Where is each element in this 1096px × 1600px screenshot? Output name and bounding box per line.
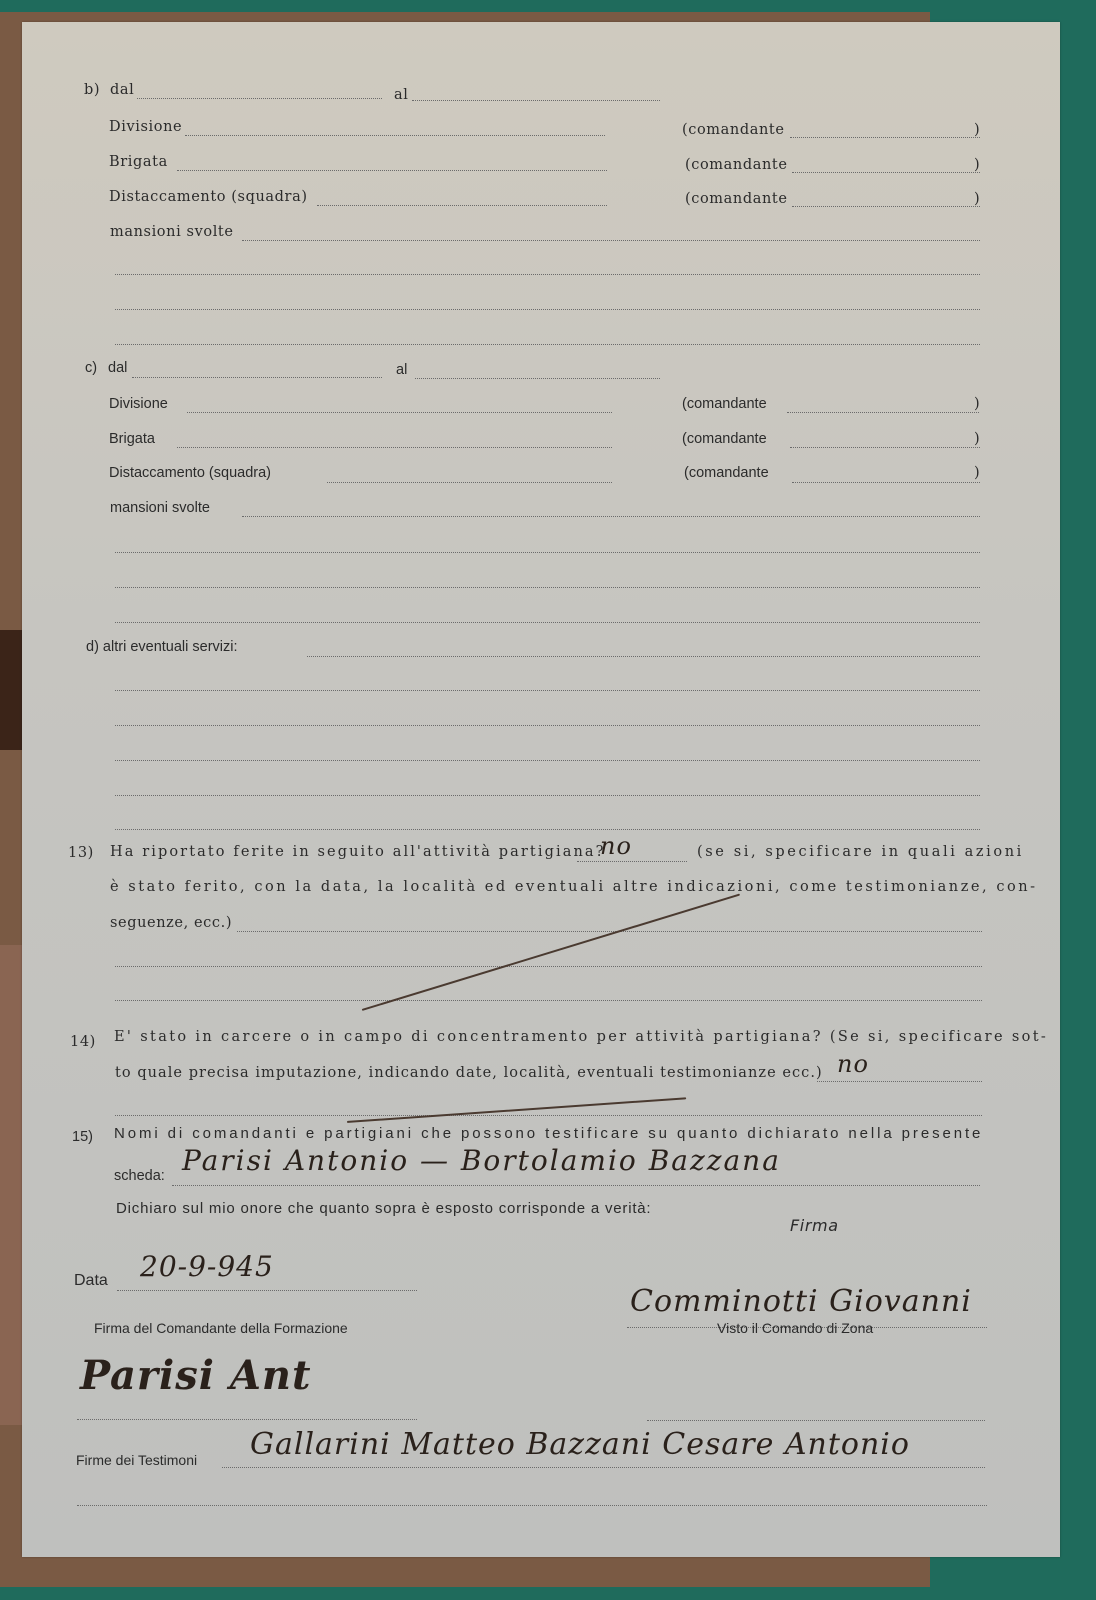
date-field[interactable] — [117, 1290, 417, 1291]
section-b-mansioni-line[interactable] — [115, 344, 980, 345]
q13-answer[interactable]: no — [600, 832, 632, 860]
section-d-label: d) altri eventuali servizi: — [86, 639, 238, 655]
q15-scheda-label: scheda: — [114, 1168, 165, 1184]
q14-answer[interactable]: no — [837, 1050, 869, 1078]
section-b-distaccamento-comandante-field[interactable] — [792, 206, 980, 207]
q14-strike-through-stroke — [347, 1097, 686, 1123]
section-d-line[interactable] — [115, 829, 980, 830]
section-c-mansioni-line[interactable] — [115, 552, 980, 553]
firma-signature[interactable]: Comminotti Giovanni — [630, 1284, 972, 1319]
section-c-dal-label: dal — [108, 360, 127, 376]
section-c-letter: c) — [85, 360, 97, 376]
section-c-mansioni-line[interactable] — [115, 622, 980, 623]
section-c-mansioni-field[interactable] — [242, 516, 980, 517]
q13-question: Ha riportato ferite in seguito all'attiv… — [110, 844, 606, 860]
date-value[interactable]: 20-9-945 — [140, 1250, 274, 1283]
section-d-line[interactable] — [115, 725, 980, 726]
section-b-mansioni-line[interactable] — [115, 309, 980, 310]
q13-instructions-line2: è stato ferito, con la data, la località… — [110, 879, 1038, 895]
section-b-brigata-label: Brigata — [109, 154, 168, 170]
section-b-mansioni-line[interactable] — [115, 274, 980, 275]
section-b-mansioni-label: mansioni svolte — [110, 224, 234, 240]
close-paren: ) — [974, 191, 980, 207]
section-c-comandante-label: (comandante — [682, 396, 767, 412]
q13-answer-field[interactable] — [577, 861, 687, 862]
section-b-divisione-comandante-field[interactable] — [790, 137, 980, 138]
declaration-text: Dichiaro sul mio onore che quanto sopra … — [116, 1200, 651, 1217]
q14-question-line2: to quale precisa imputazione, indicando … — [115, 1065, 823, 1081]
comando-zona-field[interactable] — [647, 1420, 985, 1421]
section-b-letter: b) — [84, 82, 100, 98]
q13-details-line[interactable] — [115, 966, 982, 967]
section-d-line[interactable] — [115, 690, 980, 691]
q14-details-line[interactable] — [115, 1115, 982, 1116]
section-c-mansioni-label: mansioni svolte — [110, 500, 210, 516]
close-paren: ) — [974, 157, 980, 173]
q14-number: 14) — [70, 1034, 96, 1050]
section-b-mansioni-field[interactable] — [242, 240, 980, 241]
q15-names-field[interactable] — [172, 1185, 980, 1186]
q13-strike-through-stroke — [362, 894, 740, 1011]
backdrop-book-spine — [0, 630, 24, 750]
q14-question: E' stato in carcere o in campo di concen… — [114, 1029, 1048, 1045]
comandante-formazione-signature[interactable]: Parisi Ant — [80, 1352, 311, 1399]
section-c-mansioni-line[interactable] — [115, 587, 980, 588]
section-b-distaccamento-label: Distaccamento (squadra) — [109, 189, 308, 205]
section-c-al-label: al — [396, 362, 407, 378]
section-b-dal-field[interactable] — [137, 98, 382, 99]
section-b-al-label: al — [394, 87, 408, 103]
form-page: b) dal al Divisione (comandante ) Brigat… — [22, 22, 1060, 1557]
section-d-line[interactable] — [115, 760, 980, 761]
section-b-divisione-label: Divisione — [109, 119, 182, 135]
q15-names-answer[interactable]: Parisi Antonio — Bortolamio Bazzana — [182, 1144, 781, 1177]
q13-details-line[interactable] — [115, 1000, 982, 1001]
section-c-distaccamento-comandante-field[interactable] — [792, 482, 980, 483]
close-paren: ) — [974, 396, 980, 412]
section-b-comandante-label: (comandante — [685, 157, 788, 173]
testimoni-signatures[interactable]: Gallarini Matteo Bazzani Cesare Antonio — [250, 1427, 910, 1462]
section-c-brigata-comandante-field[interactable] — [790, 447, 980, 448]
testimoni-field-line[interactable] — [77, 1505, 987, 1506]
section-c-divisione-label: Divisione — [109, 396, 168, 412]
section-b-distaccamento-field[interactable] — [317, 205, 607, 206]
backdrop-book-spine — [0, 945, 24, 1425]
testimoni-label: Firme dei Testimoni — [76, 1452, 197, 1468]
q13-number: 13) — [68, 845, 94, 861]
q15-question: Nomi di comandanti e partigiani che poss… — [114, 1125, 983, 1142]
comandante-formazione-field[interactable] — [77, 1419, 417, 1420]
close-paren: ) — [974, 122, 980, 138]
section-b-divisione-field[interactable] — [185, 135, 605, 136]
q13-details-field[interactable] — [237, 931, 982, 932]
section-c-brigata-label: Brigata — [109, 431, 155, 447]
close-paren: ) — [974, 431, 980, 447]
section-c-brigata-field[interactable] — [177, 447, 612, 448]
section-c-al-field[interactable] — [415, 378, 660, 379]
date-label: Data — [74, 1272, 108, 1290]
section-c-comandante-label: (comandante — [684, 465, 769, 481]
q15-number: 15) — [72, 1129, 93, 1145]
section-b-brigata-comandante-field[interactable] — [792, 172, 980, 173]
section-b-al-field[interactable] — [412, 100, 660, 101]
section-c-comandante-label: (comandante — [682, 431, 767, 447]
section-c-dal-field[interactable] — [132, 377, 382, 378]
q13-instructions: (se si, specificare in quali azioni — [697, 844, 1024, 860]
q14-answer-field[interactable] — [817, 1081, 982, 1082]
section-c-divisione-comandante-field[interactable] — [787, 412, 979, 413]
section-b-comandante-label: (comandante — [685, 191, 788, 207]
section-c-distaccamento-field[interactable] — [327, 482, 612, 483]
section-d-line[interactable] — [115, 795, 980, 796]
firma-label: Firma — [790, 1216, 839, 1235]
section-c-divisione-field[interactable] — [187, 412, 612, 413]
comandante-formazione-label: Firma del Comandante della Formazione — [94, 1320, 348, 1336]
section-c-distaccamento-label: Distaccamento (squadra) — [109, 465, 271, 481]
section-b-dal-label: dal — [110, 82, 134, 98]
close-paren: ) — [974, 465, 980, 481]
section-b-comandante-label: (comandante — [682, 122, 785, 138]
q13-instructions-line3: seguenze, ecc.) — [110, 915, 232, 931]
comando-zona-label: Visto il Comando di Zona — [717, 1320, 873, 1336]
testimoni-field[interactable] — [222, 1467, 985, 1468]
section-b-brigata-field[interactable] — [177, 170, 607, 171]
section-d-field[interactable] — [307, 656, 980, 657]
